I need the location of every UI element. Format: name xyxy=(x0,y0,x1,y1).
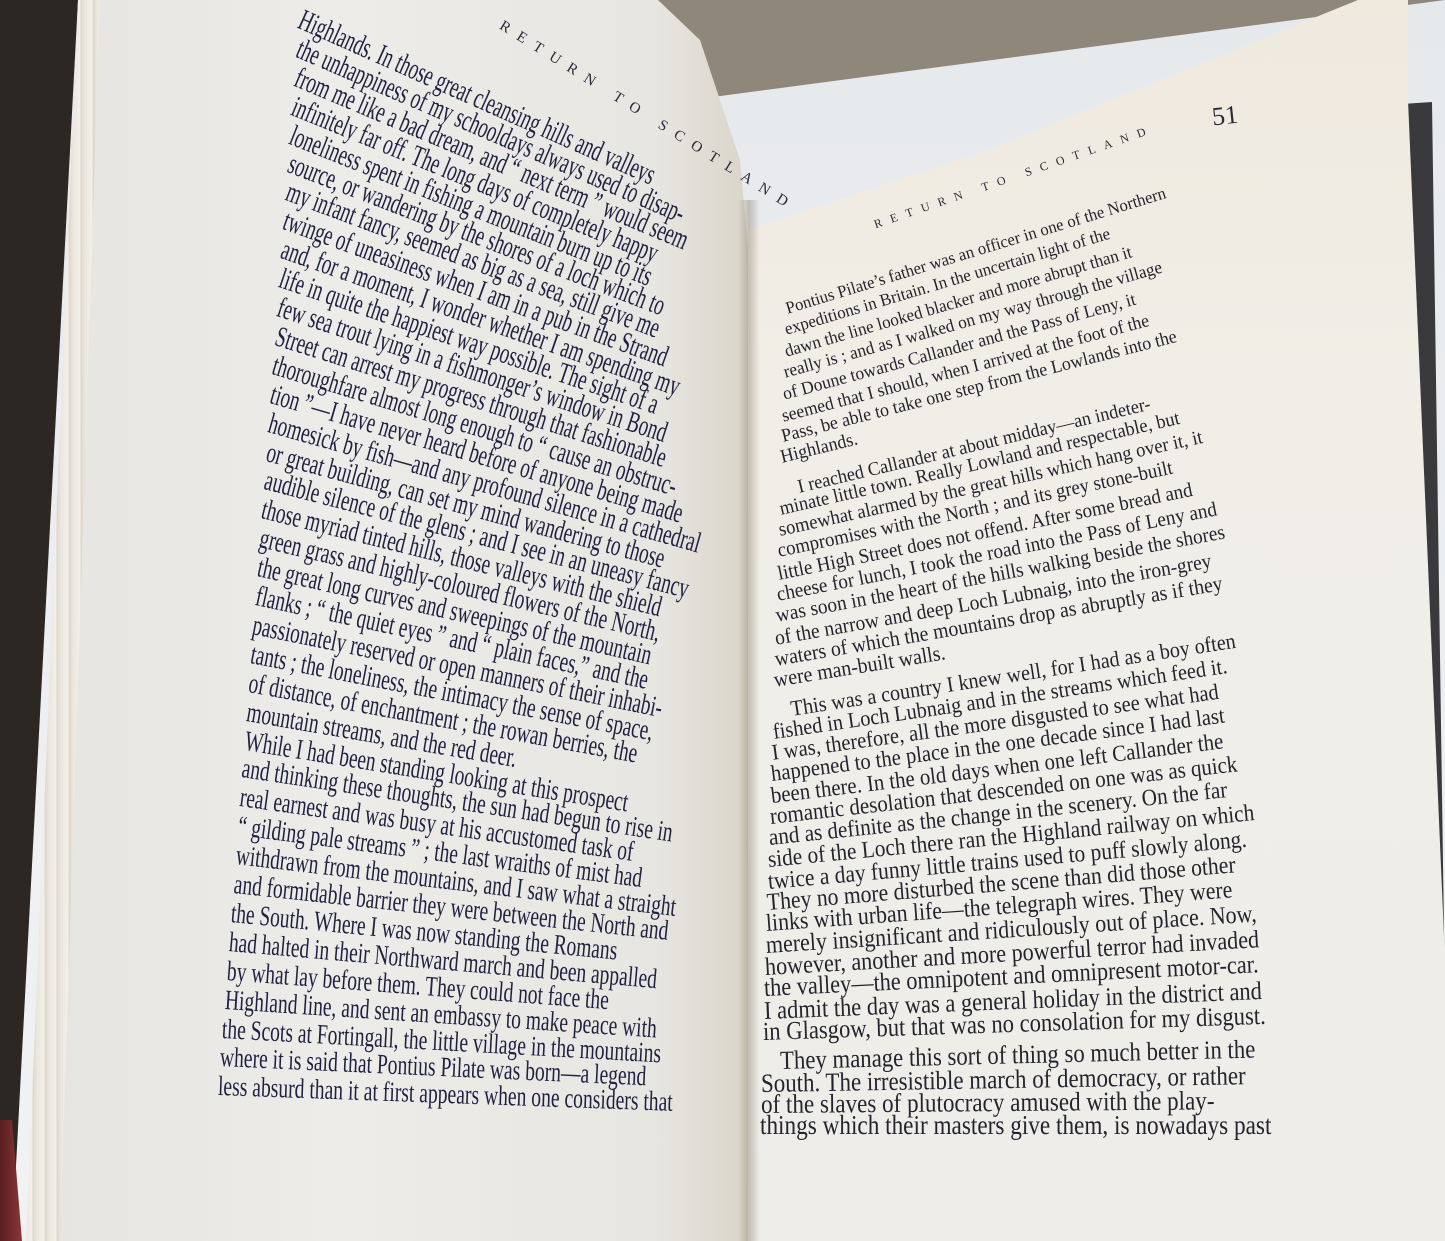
right-page-line: things which their masters give them, is… xyxy=(760,1112,1271,1139)
book-gutter xyxy=(738,200,760,1241)
page-number: 51 xyxy=(1211,100,1240,133)
open-book-photo: RETURN TO SCOTLAND Highlands. In those g… xyxy=(0,0,1445,1241)
